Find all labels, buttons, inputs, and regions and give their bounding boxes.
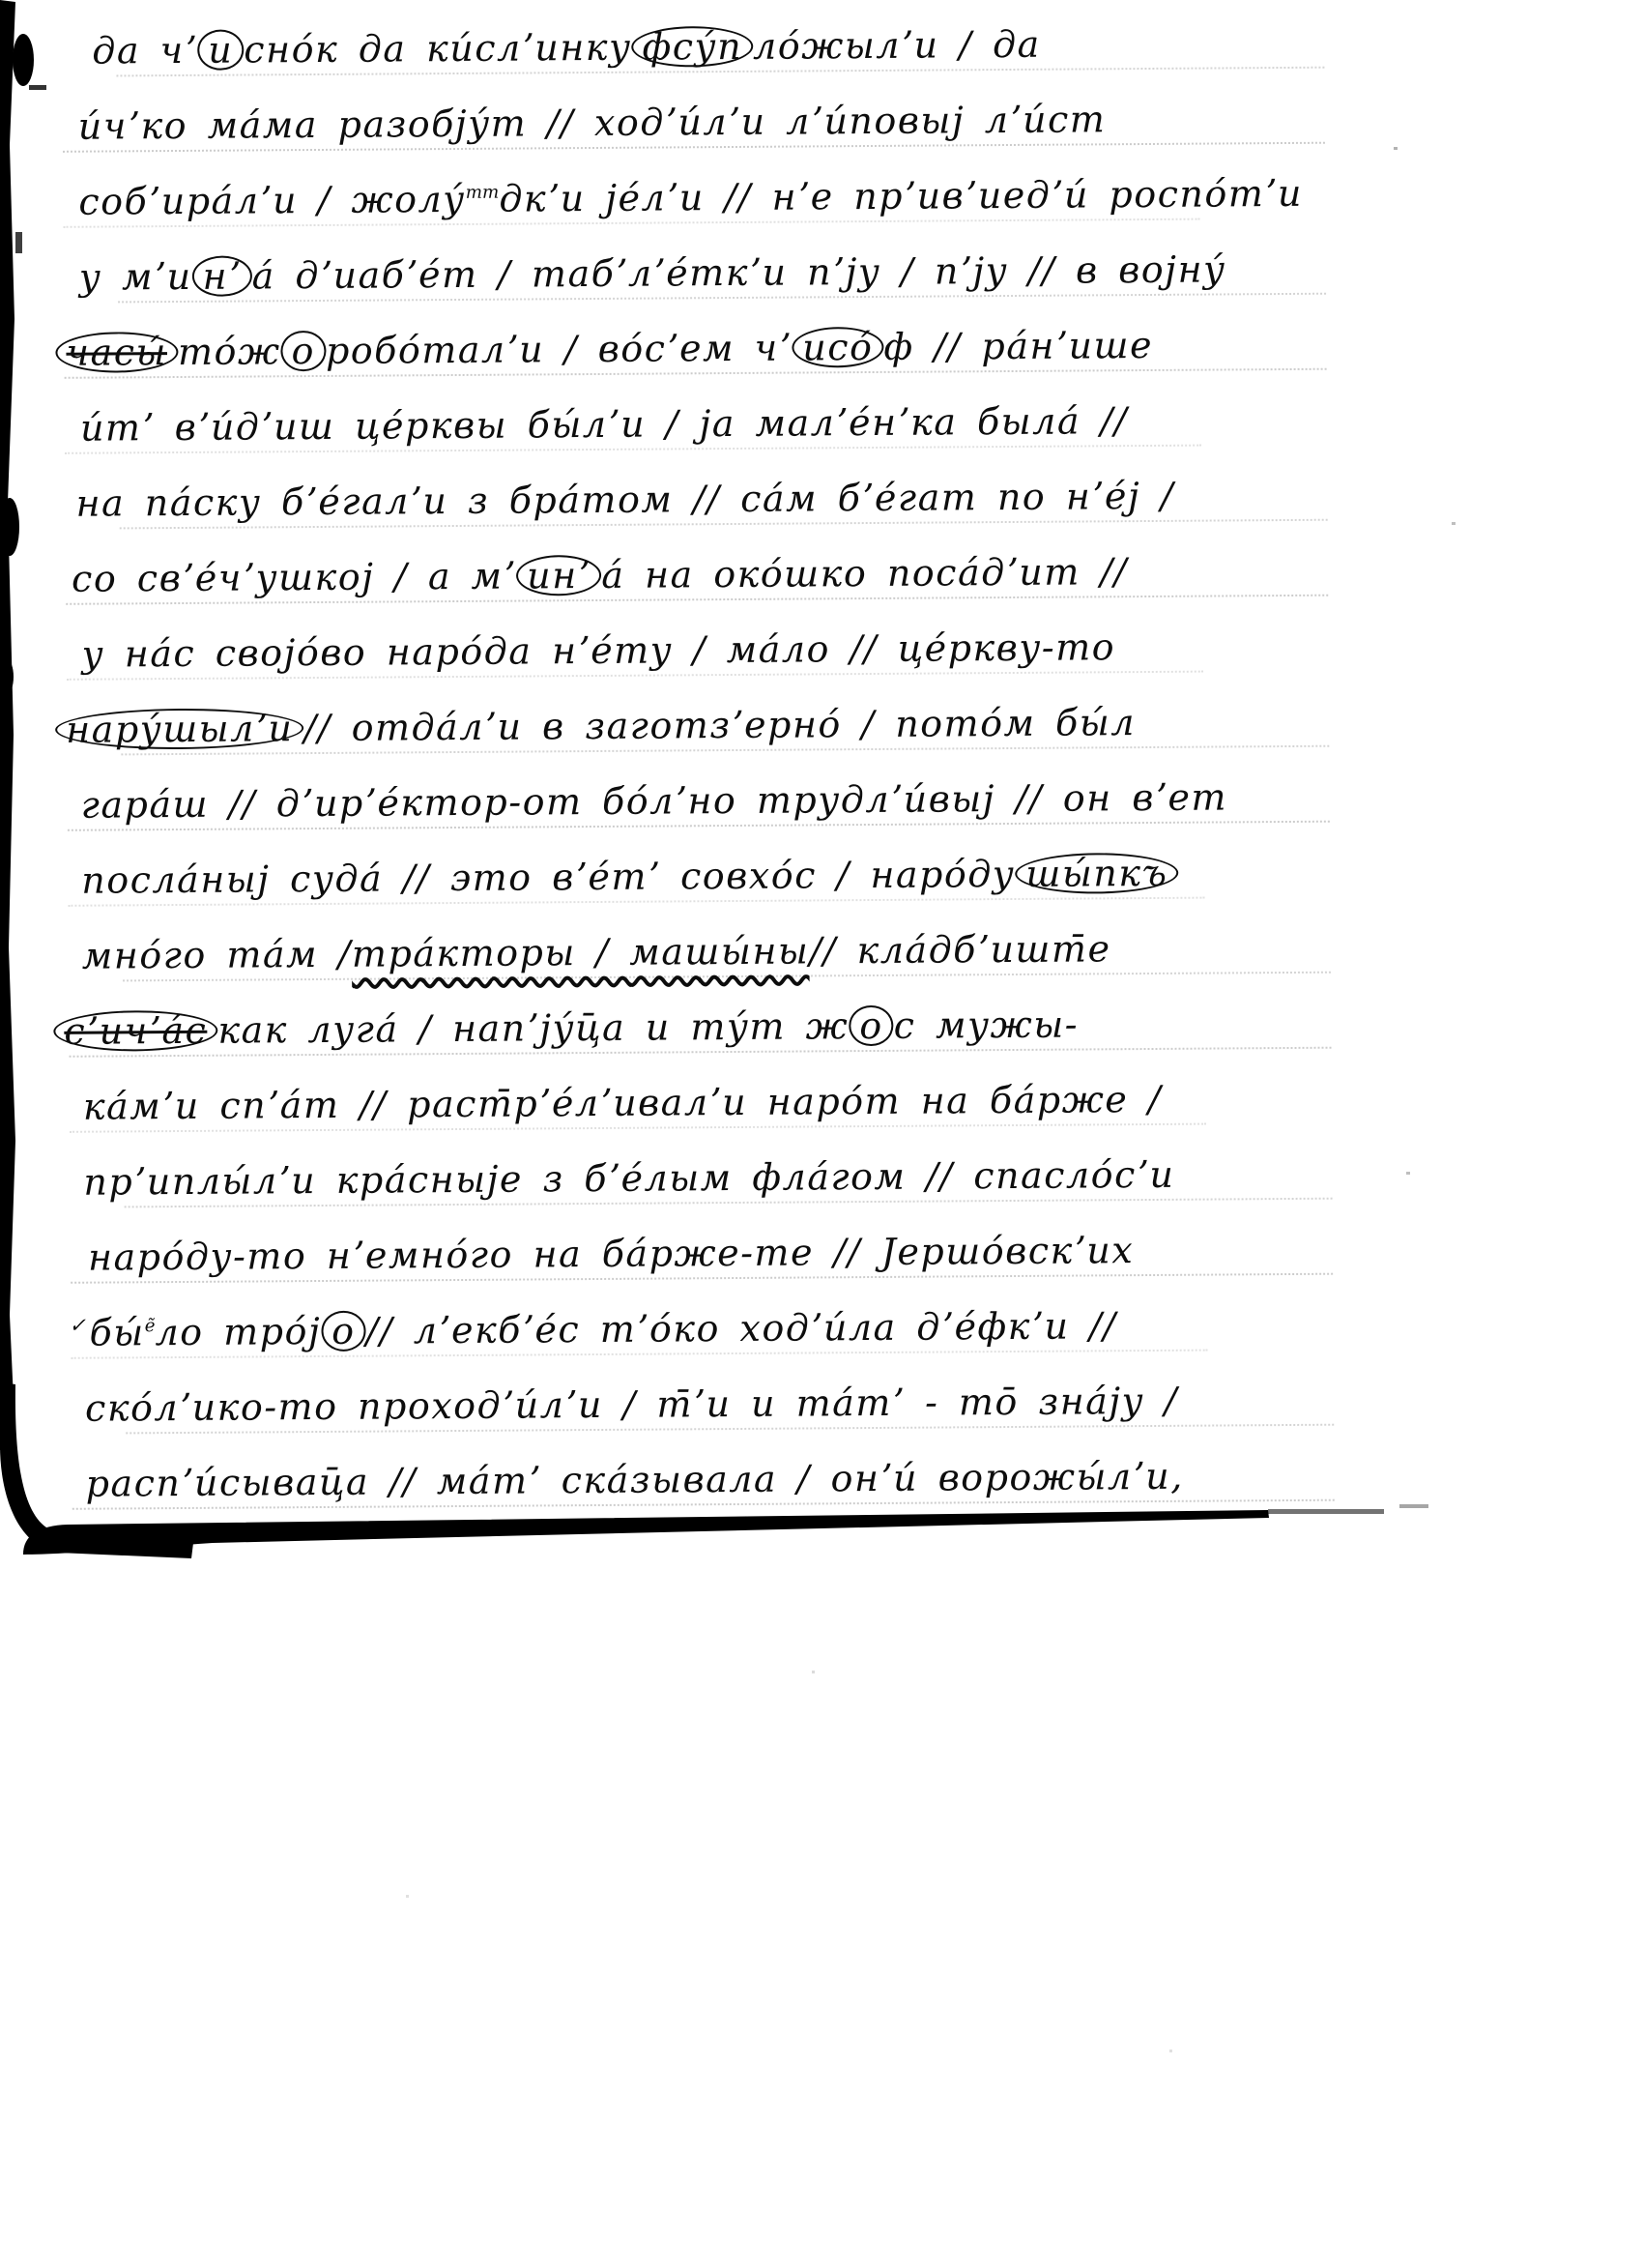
manuscript-line-18: ✓бы́е̃ло тро́jо // лʼекбʼе́с тʼо́ко ходʼ… — [47, 1286, 1421, 1371]
handwritten-text: сно́к да ки́слʼинку — [244, 10, 632, 88]
handwritten-text: // лʼекбʼе́с тʼо́ко ходʼи́ла дʼе́фкʼи // — [365, 1288, 1117, 1368]
speck — [1169, 2050, 1172, 2052]
circled-word: шы́пкъ — [1015, 853, 1178, 894]
manuscript-line-20: распʼи́сывац̄а // ма́тʼ ска́зывала / онʼ… — [48, 1437, 1422, 1522]
handwritten-text: со свʼе́чʼушкоj / а мʼ — [72, 538, 517, 617]
handwritten-text: робо́талʼи / во́сʼем чʼ — [326, 310, 793, 389]
circled-word: сʼичʼа́с — [53, 1010, 217, 1052]
manuscript-line-19: ско́лʼико-то проходʼи́лʼи / т̄ʼи и та́тʼ… — [48, 1361, 1422, 1446]
paper-background: да чʼисно́к да ки́слʼинку фсу́п ло́жылʼи… — [0, 0, 1643, 2268]
manuscript-line-7: на па́ску бʼе́галʼи з бра́том // са́м бʼ… — [42, 456, 1415, 541]
circled-word: о — [280, 331, 326, 371]
manuscript-line-4: у мʼинʼа́ дʼиабʼе́т / табʼлʼе́ткʼи пʼjу … — [41, 230, 1414, 315]
handwritten-text: посла́ныj суда́ // это вʼе́тʼ совхо́с / … — [81, 836, 1016, 918]
handwritten-text: дкʼи jе́лʼи // нʼе прʼивʼиедʼи́ роспо́тʼ… — [499, 156, 1303, 237]
handwritten-text: прʼиплы́лʼи кра́сныjе з бʼе́лым фла́гом … — [83, 1137, 1174, 1220]
manuscript-line-8: со свʼе́чʼушкоj / а мʼинʼа́ на око́шко п… — [43, 532, 1416, 617]
handwritten-text: // отда́лʼи в заготзʼерно́ / пото́м бы́л — [303, 684, 1136, 766]
manuscript-line-9: у на́с своjо́во наро́да нʼе́ту / ма́ло /… — [43, 607, 1416, 692]
speck — [812, 1671, 815, 1673]
manuscript-line-12: посла́ныj суда́ // это вʼе́тʼ совхо́с / … — [44, 833, 1418, 918]
handwritten-text: и́чʼко ма́ма разобjу́т // ходʼи́лʼи лʼи́… — [78, 81, 1107, 163]
circled-word: фсу́п — [631, 26, 753, 68]
manuscript-line-14: сʼичʼа́с как луга́ / напʼjу́ц̄а и ту́т ж… — [45, 984, 1419, 1069]
handwritten-text: наро́ду-то нʼемно́го на ба́рже-те // Jер… — [88, 1212, 1135, 1295]
circled-word: и — [197, 30, 244, 71]
handwritten-text: ло́жылʼи / да — [753, 7, 1041, 84]
handwritten-text: собʼира́лʼи / жолу́ — [78, 161, 466, 240]
handwritten-text: на па́ску бʼе́галʼи з бра́том // са́м бʼ… — [75, 458, 1174, 541]
handwritten-text: мно́го та́м / — [82, 916, 353, 994]
handwritten-text: с мужы- — [893, 987, 1079, 1063]
handwritten-text: как луга́ / напʼjу́ц̄а и ту́т ж — [217, 988, 849, 1068]
circled-word: нару́шылʼи — [55, 708, 304, 750]
handwritten-text: гара́ш // дʼирʼе́ктор-от бо́лʼно трудлʼи… — [80, 759, 1227, 842]
edge-mark-artifact — [15, 232, 22, 253]
manuscript-line-2: и́чʼко ма́ма разобjу́т // ходʼи́лʼи лʼи́… — [40, 79, 1413, 164]
handwritten-text: да чʼ — [92, 13, 198, 89]
edge-blob-artifact — [13, 34, 34, 86]
manuscript-line-5: часы́ то́жо робо́талʼи / во́сʼем чʼисо́ф… — [41, 305, 1414, 391]
speck — [1452, 522, 1456, 525]
wavy-underlined-phrase: тра́кторы / машы́ны — [352, 913, 810, 991]
handwritten-text: то́ж — [178, 313, 281, 390]
scanned-manuscript-page: { "page": { "background_color": "#ffffff… — [0, 0, 1643, 2268]
manuscript-line-6: и́тʼ вʼи́дʼиш це́рквы бы́лʼи / jа малʼе́… — [42, 381, 1415, 466]
manuscript-line-3: собʼира́лʼи / жолу́ттдкʼи jе́лʼи // нʼе … — [40, 155, 1413, 240]
left-edge-strip-artifact — [0, 0, 15, 1450]
circled-word: нʼ — [191, 255, 251, 296]
manuscript-line-16: прʼиплы́лʼи кра́сныjе з бʼе́лым фла́гом … — [46, 1135, 1420, 1220]
circled-word: инʼ — [516, 555, 601, 596]
handwritten-text: ло тро́j — [155, 1294, 321, 1370]
handwritten-text: у мʼи — [79, 239, 192, 315]
manuscript-line-10: нару́шылʼи // отда́лʼи в заготзʼерно́ / … — [43, 683, 1417, 768]
circled-word: часы́ — [55, 332, 178, 373]
manuscript-line-15: ка́мʼи спʼа́т // раст̄рʼе́лʼивалʼи наро́… — [46, 1060, 1420, 1145]
handwritten-text: бы́ — [89, 1294, 145, 1370]
handwritten-text: и́тʼ вʼи́дʼиш це́рквы бы́лʼи / jа малʼе́… — [80, 383, 1129, 466]
handwritten-text: а́ на око́шко поса́дʼит // — [601, 534, 1128, 613]
edge-blob-artifact — [0, 659, 14, 694]
handwritten-text: у на́с своjо́во наро́да нʼе́ту / ма́ло /… — [81, 609, 1115, 691]
handwritten-text: распʼи́сывац̄а // ма́тʼ ска́зывала / онʼ… — [85, 1439, 1184, 1522]
speck — [406, 1895, 409, 1898]
manuscript-line-17: наро́ду-то нʼемно́го на ба́рже-те // Jер… — [47, 1210, 1421, 1295]
handwritten-text: а́ дʼиабʼе́т / табʼлʼе́ткʼи пʼjу / пʼjу … — [251, 231, 1225, 313]
manuscript-line-11: гара́ш // дʼирʼе́ктор-от бо́лʼно трудлʼи… — [43, 758, 1417, 843]
handwritten-text-block: да чʼисно́к да ки́слʼинку фсу́п ло́жылʼи… — [39, 4, 1422, 1522]
manuscript-line-1: да чʼисно́к да ки́слʼинку фсу́п ло́жылʼи… — [39, 4, 1412, 89]
circled-word: исо́ — [792, 327, 883, 368]
circled-word: о — [321, 1311, 366, 1352]
handwritten-text: ско́лʼико-то проходʼи́лʼи / т̄ʼи и та́тʼ… — [85, 1363, 1178, 1446]
handwritten-text: ф // ра́нʼише — [883, 307, 1153, 385]
edge-blob-artifact — [0, 498, 19, 556]
circled-word: о — [849, 1005, 894, 1046]
manuscript-line-13: мно́го та́м / тра́кторы / машы́ны // кла… — [45, 909, 1419, 994]
handwritten-text: // кла́дбʼишт̄е — [809, 911, 1111, 988]
handwritten-text: ка́мʼи спʼа́т // раст̄рʼе́лʼивалʼи наро́… — [83, 1061, 1163, 1145]
